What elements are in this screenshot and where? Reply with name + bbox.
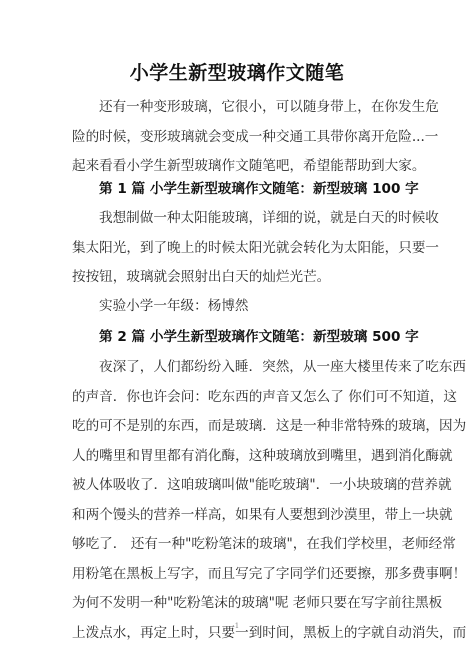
text-line: 用粉笔在黑板上写字，而且写完了字同学们还要擦，那多费事啊！ bbox=[72, 560, 412, 590]
text-line: 按按钮，玻璃就会照射出白天的灿烂光芒。 bbox=[72, 263, 412, 293]
section-2-paragraph: 夜深了，人们都纷纷入睡．突然，从一座大楼里传来了吃东西 的声音．你也许会问：吃东… bbox=[72, 353, 412, 648]
text-line: 夜深了，人们都纷纷入睡．突然，从一座大楼里传来了吃东西 bbox=[72, 353, 412, 383]
text-line: 和两个馒头的营养一样高，如果有人要想到沙漠里，带上一块就 bbox=[72, 501, 412, 531]
text-line: 为何不发明一种"吃粉笔沫的玻璃"呢 老师只要在写字前往黑板 bbox=[72, 589, 412, 619]
document-title: 小学生新型玻璃作文随笔 bbox=[0, 58, 474, 85]
intro-paragraph: 还有一种变形玻璃，它很小，可以随身带上，在你发生危 险的时候，变形玻璃就会变成一… bbox=[72, 93, 412, 182]
text-line: 还有一种变形玻璃，它很小，可以随身带上，在你发生危 bbox=[72, 93, 412, 123]
section-1-paragraph: 我想制做一种太阳能玻璃，详细的说，就是白天的时候收 集太阳光，到了晚上的时候太阳… bbox=[72, 204, 412, 293]
text-line: 人的嘴里和胃里都有消化酶，这种玻璃放到嘴里，遇到消化酶就 bbox=[72, 442, 412, 472]
section-1-heading: 第 1 篇 小学生新型玻璃作文随笔：新型玻璃 100 字 bbox=[99, 177, 419, 197]
text-line: 吃的可不是别的东西，而是玻璃．这是一种非常特殊的玻璃，因为 bbox=[72, 412, 412, 442]
text-line: 被人体吸收了．这咱玻璃叫做"能吃玻璃"．一小块玻璃的营养就 bbox=[72, 471, 412, 501]
text-line: 集太阳光，到了晚上的时候太阳光就会转化为太阳能，只要一 bbox=[72, 234, 412, 264]
text-line: 的声音．你也许会问：吃东西的声音又怎么了 你们可不知道，这 bbox=[72, 383, 412, 413]
text-line: 险的时候，变形玻璃就会变成一种交通工具带你离开危险...一 bbox=[72, 123, 412, 153]
document-page: 小学生新型玻璃作文随笔 还有一种变形玻璃，它很小，可以随身带上，在你发生危 险的… bbox=[0, 0, 474, 670]
page-number: 1 bbox=[0, 622, 474, 630]
section-1-signature: 实验小学一年级：杨博然 bbox=[99, 294, 249, 314]
section-2-heading: 第 2 篇 小学生新型玻璃作文随笔：新型玻璃 500 字 bbox=[99, 325, 419, 345]
text-line: 我想制做一种太阳能玻璃，详细的说，就是白天的时候收 bbox=[72, 204, 412, 234]
text-line: 够吃了． 还有一种"吃粉笔沫的玻璃"，在我们学校里，老师经常 bbox=[72, 530, 412, 560]
